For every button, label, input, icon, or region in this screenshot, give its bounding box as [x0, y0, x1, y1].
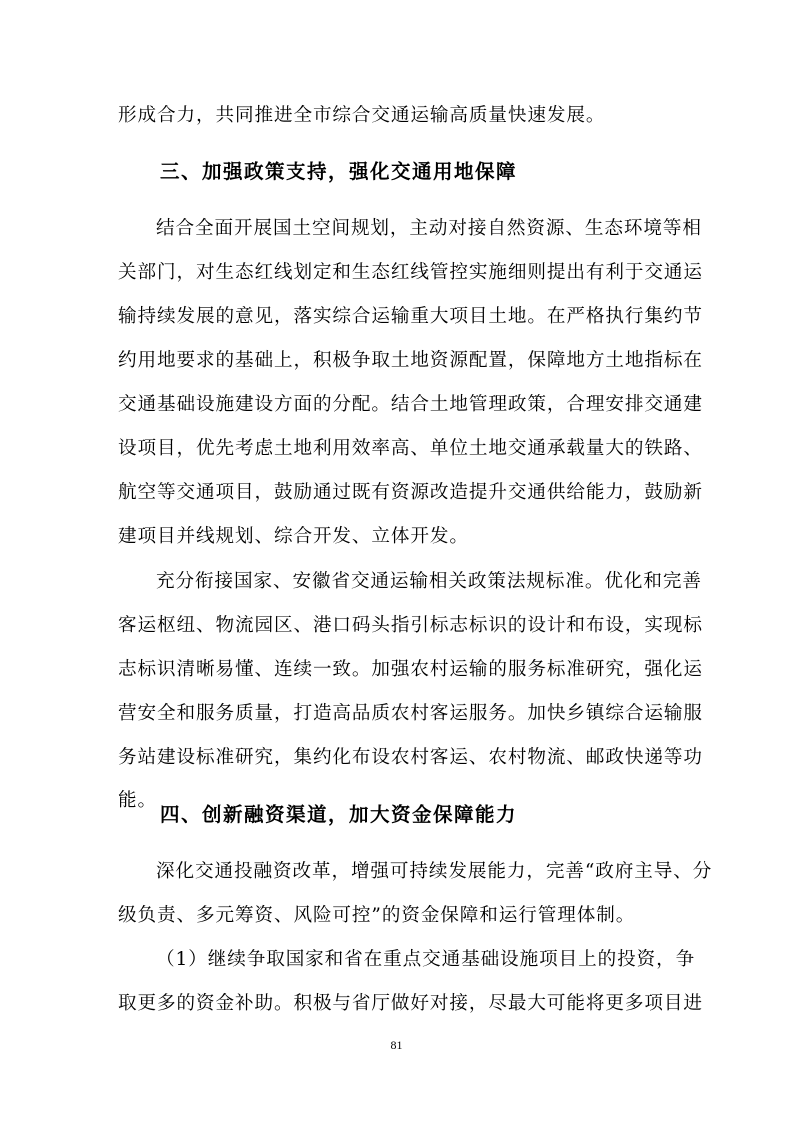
body-text-line: 输持续发展的意见，落实综合运输重大项目土地。在严格执行集约节	[118, 306, 703, 328]
body-text-line: （1）继续争取国家和省在重点交通基础设施项目上的投资，争	[156, 949, 695, 971]
section-heading-4: 四、创新融资渠道，加大资金保障能力	[160, 803, 517, 827]
body-text-line: 取更多的资金补助。积极与省厅做好对接，尽最大可能将更多项目进	[118, 993, 703, 1015]
body-text-line: 客运枢纽、物流园区、港口码头指引标志标识的设计和布设，实现标	[118, 615, 703, 637]
body-text-line: 能。	[118, 790, 157, 812]
body-text-line: 形成合力，共同推进全市综合交通运输高质量快速发展。	[118, 105, 605, 127]
body-text-line: 航空等交通项目，鼓励通过既有资源改造提升交通供给能力，鼓励新	[118, 482, 703, 504]
page-number: 81	[0, 1038, 793, 1053]
body-text-line: 充分衔接国家、安徽省交通运输相关政策法规标准。优化和完善	[156, 571, 702, 593]
body-text-line: 建项目并线规划、综合开发、立体开发。	[118, 526, 469, 548]
body-text-line: 级负责、多元筹资、风险可控”的资金保障和运行管理体制。	[118, 905, 635, 927]
body-text-line: 结合全面开展国土空间规划，主动对接自然资源、生态环境等相	[156, 218, 702, 240]
body-text-line: 务站建设标准研究，集约化布设农村客运、农村物流、邮政快递等功	[118, 747, 703, 769]
section-heading-3: 三、加强政策支持，强化交通用地保障	[160, 160, 517, 184]
body-text-line: 深化交通投融资改革，增强可持续发展能力，完善“政府主导、分	[156, 861, 712, 883]
body-text-line: 设项目，优先考虑土地利用效率高、单位土地交通承载量大的铁路、	[118, 438, 703, 460]
body-text-line: 交通基础设施建设方面的分配。结合土地管理政策，合理安排交通建	[118, 394, 703, 416]
document-page: 形成合力，共同推进全市综合交通运输高质量快速发展。 三、加强政策支持，强化交通用…	[0, 0, 793, 1122]
body-text-line: 关部门，对生态红线划定和生态红线管控实施细则提出有利于交通运	[118, 262, 703, 284]
body-text-line: 营安全和服务质量，打造高品质农村客运服务。加快乡镇综合运输服	[118, 703, 703, 725]
body-text-line: 志标识清晰易懂、连续一致。加强农村运输的服务标准研究，强化运	[118, 659, 703, 681]
body-text-line: 约用地要求的基础上，积极争取土地资源配置，保障地方土地指标在	[118, 350, 703, 372]
